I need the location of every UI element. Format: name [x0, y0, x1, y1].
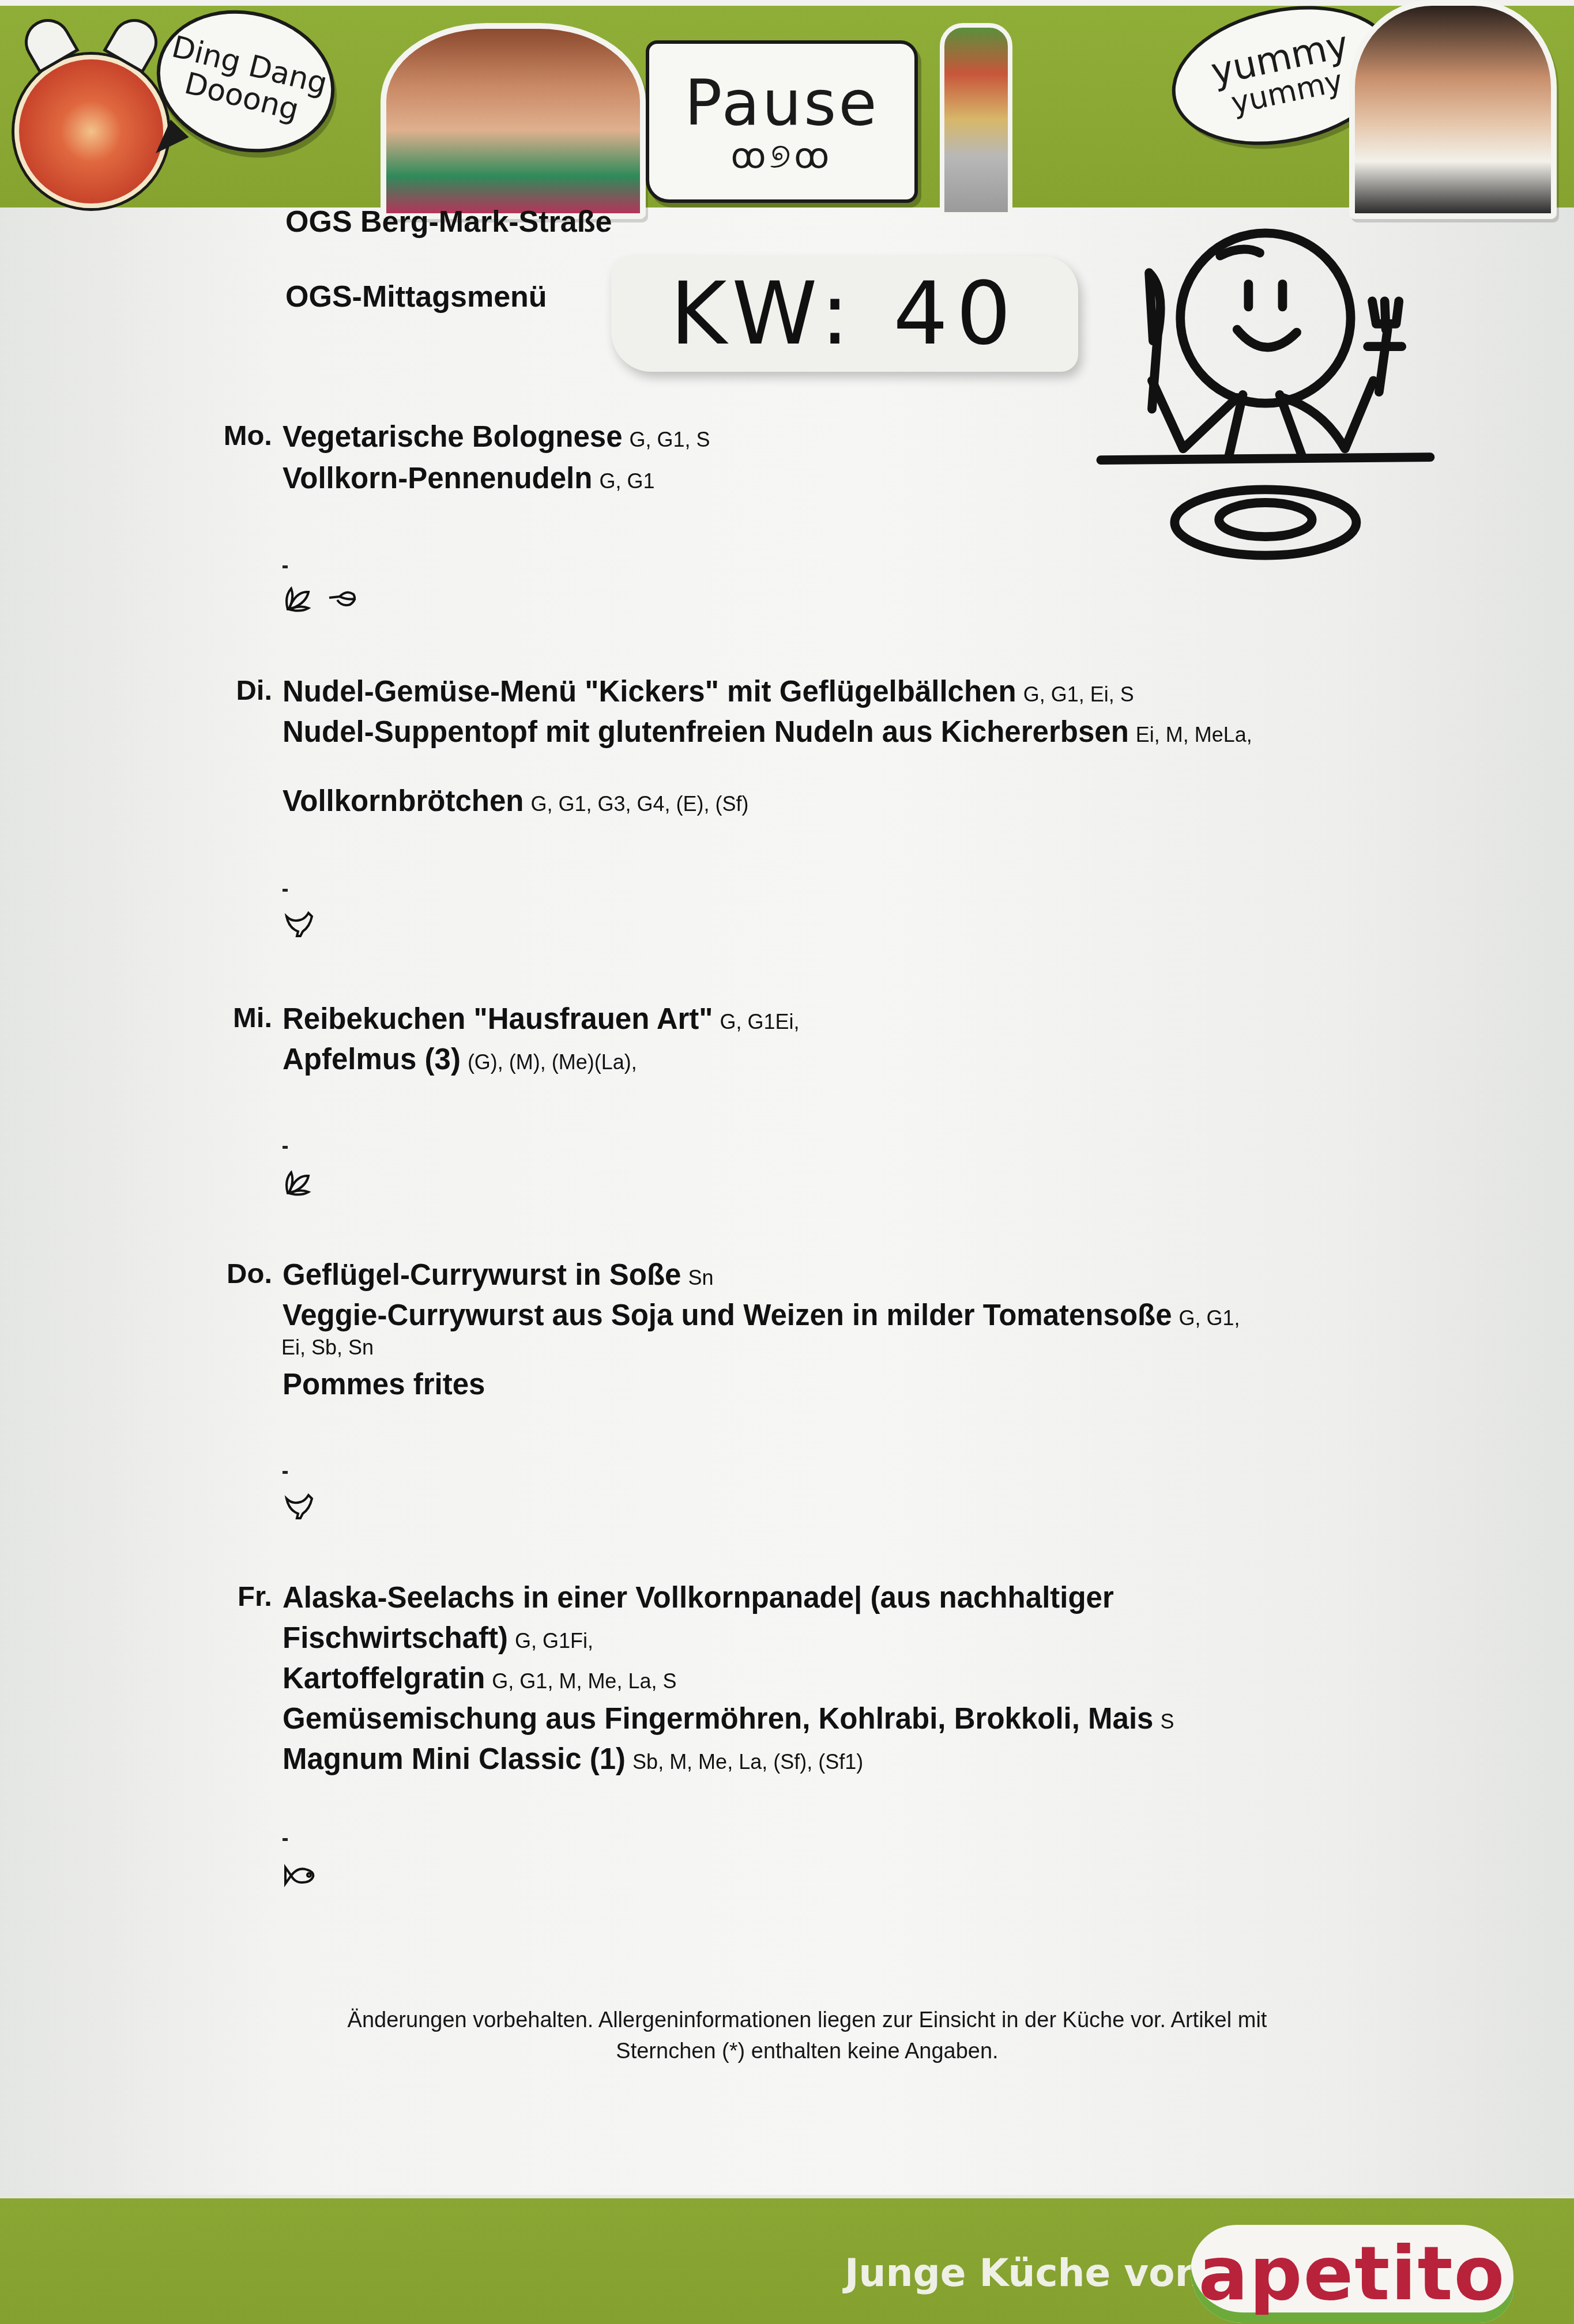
- dish-name: Geflügel-Currywurst in Soße: [283, 1258, 681, 1291]
- dish-item: Geflügel-Currywurst in SoßeSn: [283, 1258, 713, 1292]
- diet-icons: [283, 1862, 318, 1889]
- dish-name: Alaska-Seelachs in einer Vollkornpanade|…: [283, 1581, 1114, 1614]
- dish-name: Vegetarische Bolognese: [283, 420, 623, 453]
- dish-item: Veggie-Currywurst aus Soja und Weizen in…: [283, 1298, 1240, 1332]
- dish-name: Nudel-Gemüse-Menü "Kickers" mit Geflügel…: [283, 675, 1016, 708]
- separator-dash: [283, 1146, 288, 1149]
- allergen-codes: Sn: [688, 1266, 713, 1289]
- dish-name: Apfelmus (3): [283, 1043, 461, 1076]
- dish-name: Kartoffelgratin: [283, 1662, 485, 1695]
- dish-item: Magnum Mini Classic (1)Sb, M, Me, La, (S…: [283, 1742, 863, 1776]
- dish-item: Apfelmus (3)(G), (M), (Me)(La),: [283, 1042, 637, 1076]
- disclaimer-line1: Änderungen vorbehalten. Allergeninformat…: [277, 2005, 1338, 2036]
- vegetarian-leaf-icon: [283, 1169, 318, 1197]
- allergen-codes: (G), (M), (Me)(La),: [468, 1050, 637, 1074]
- day-label: Mo.: [224, 420, 272, 452]
- school-name: OGS Berg-Mark-Straße: [285, 205, 612, 239]
- allergen-codes: G, G1, Ei, S: [1023, 682, 1134, 706]
- day-label: Fr.: [238, 1580, 272, 1613]
- dish-item: Nudel-Suppentopf mit glutenfreien Nudeln…: [283, 715, 1252, 749]
- day-label: Mi.: [233, 1002, 272, 1034]
- diet-icons: [283, 911, 318, 938]
- dish-item: Vollkorn-PennenudelnG, G1: [283, 461, 654, 495]
- dish-item: Reibekuchen "Hausfrauen Art"G, G1Ei,: [283, 1002, 800, 1036]
- dish-item: Alaska-Seelachs in einer Vollkornpanade|…: [283, 1580, 1114, 1614]
- diet-icons: [283, 1169, 318, 1197]
- girls-photo: [381, 23, 646, 219]
- chicken-icon: [283, 911, 318, 938]
- dish-item: Gemüsemischung aus Fingermöhren, Kohlrab…: [283, 1701, 1174, 1736]
- dish-name: Veggie-Currywurst aus Soja und Weizen in…: [283, 1299, 1172, 1331]
- separator-dash: [283, 1471, 288, 1474]
- separator-dash: [283, 565, 288, 568]
- boy-thumbs-up-photo: [1349, 0, 1557, 219]
- dish-name: Nudel-Suppentopf mit glutenfreien Nudeln…: [283, 715, 1129, 748]
- allergen-codes: G, G1,: [1179, 1306, 1240, 1330]
- stickman-eating-icon: [1078, 219, 1447, 565]
- disclaimer-line2: Sternchen (*) enthalten keine Angaben.: [277, 2036, 1338, 2067]
- allergen-codes: G, G1, G3, G4, (E), (Sf): [530, 792, 748, 816]
- allergen-codes: S: [1160, 1710, 1174, 1733]
- allergen-codes-continued: Ei, Sb, Sn: [281, 1335, 374, 1360]
- separator-dash: [283, 889, 288, 892]
- allergen-codes: Sb, M, Me, La, (Sf), (Sf1): [632, 1750, 863, 1774]
- dish-item: Pommes frites: [283, 1367, 485, 1401]
- allergen-codes: G, G1Fi,: [515, 1629, 593, 1653]
- menu-sheet: Ding DangDooong Pause ꝏ୭ꝏ yummyyummy OGS…: [0, 0, 1574, 2324]
- allergen-codes: G, G1: [599, 469, 654, 493]
- chicken-icon: [283, 1493, 318, 1521]
- dish-name: Vollkorn-Pennenudeln: [283, 462, 592, 495]
- diet-icons: [283, 585, 362, 613]
- diet-icons: [283, 1493, 318, 1521]
- dish-item: Vegetarische BologneseG, G1, S: [283, 420, 710, 454]
- day-label: Do.: [227, 1258, 272, 1290]
- allergen-codes: Ei, M, MeLa,: [1136, 723, 1252, 746]
- swirl-ornament-icon: ꝏ୭ꝏ: [731, 136, 833, 176]
- dish-item: Nudel-Gemüse-Menü "Kickers" mit Geflügel…: [283, 674, 1134, 708]
- apetito-logo: apetito: [1191, 2225, 1513, 2323]
- allergen-codes: G, G1, M, Me, La, S: [492, 1669, 676, 1693]
- pause-sign: Pause ꝏ୭ꝏ: [646, 40, 918, 203]
- vegan-leaf-icon: [326, 585, 362, 613]
- allergen-codes: G, G1Ei,: [720, 1010, 799, 1033]
- dish-item: VollkornbrötchenG, G1, G3, G4, (E), (Sf): [283, 784, 749, 818]
- footer-tagline: Junge Küche von: [845, 2251, 1202, 2295]
- fish-icon: [283, 1862, 318, 1889]
- dish-item: Fischwirtschaft)G, G1Fi,: [283, 1621, 593, 1655]
- dish-name: Fischwirtschaft): [283, 1621, 508, 1654]
- vegetarian-leaf-icon: [283, 585, 318, 613]
- dish-name: Magnum Mini Classic (1): [283, 1742, 626, 1775]
- dish-name: Pommes frites: [283, 1368, 485, 1401]
- separator-dash: [283, 1838, 288, 1841]
- spaghetti-fork-image: [940, 23, 1012, 217]
- dish-name: Gemüsemischung aus Fingermöhren, Kohlrab…: [283, 1702, 1153, 1735]
- allergen-codes: G, G1, S: [630, 428, 710, 451]
- day-label: Di.: [236, 674, 272, 707]
- allergen-disclaimer: Änderungen vorbehalten. Allergeninformat…: [277, 2005, 1338, 2067]
- pause-sign-text: Pause: [684, 67, 879, 139]
- dish-item: KartoffelgratinG, G1, M, Me, La, S: [283, 1661, 676, 1695]
- menu-title: OGS-Mittagsmenü: [285, 280, 547, 314]
- dish-name: Reibekuchen "Hausfrauen Art": [283, 1002, 713, 1035]
- alarm-clock-orange-image: [14, 55, 168, 208]
- dish-name: Vollkornbrötchen: [283, 784, 524, 817]
- calendar-week-note: KW: 40: [611, 256, 1078, 372]
